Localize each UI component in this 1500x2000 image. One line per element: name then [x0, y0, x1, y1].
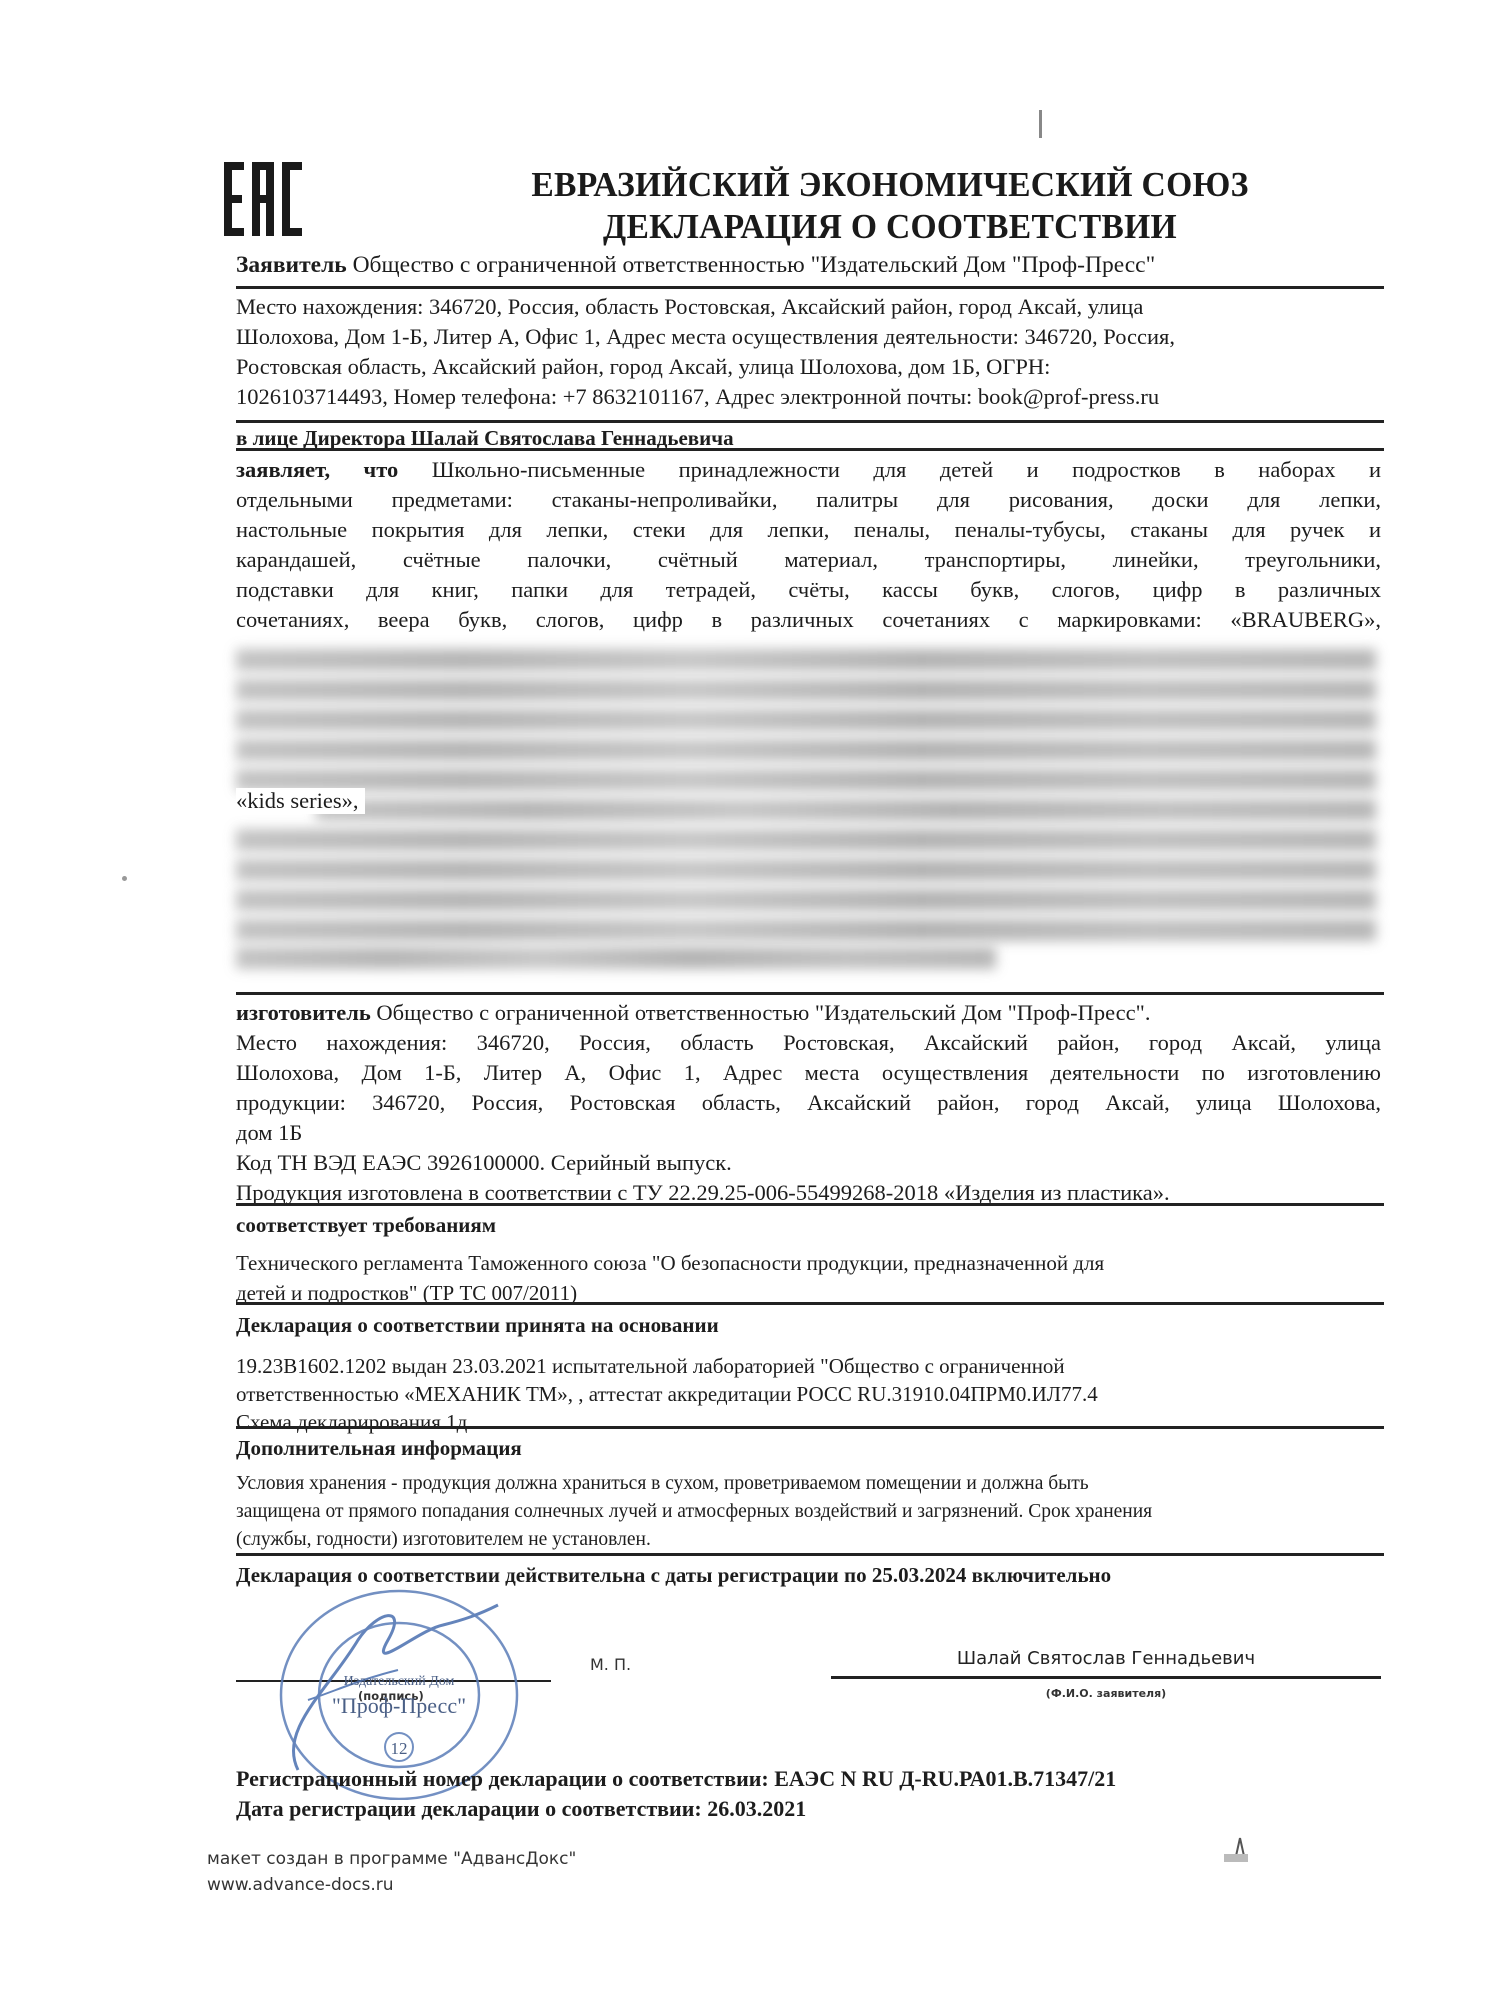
manufacturer-line: продукции: 346720, Россия, Ростовская об… [236, 1088, 1381, 1118]
title-union: ЕВРАЗИЙСКИЙ ЭКОНОМИЧЕСКИЙ СОЮЗ [362, 164, 1418, 206]
footer: макет создан в программе "АдвансДокс" ww… [207, 1846, 576, 1898]
svg-text:12: 12 [391, 1739, 408, 1758]
signatory-name-line [831, 1676, 1381, 1679]
eac-logo-icon [222, 158, 304, 240]
additional-line: Условия хранения - продукция должна хран… [236, 1470, 1381, 1498]
applicant-label: Заявитель [236, 252, 347, 278]
manufacturer-line: Место нахождения: 346720, Россия, област… [236, 1028, 1381, 1058]
declaration-line: сочетаниях, веера букв, слогов, цифр в р… [236, 605, 1381, 635]
requirements-line: Технического регламента Таможенного союз… [236, 1248, 1381, 1278]
divider [236, 1203, 1384, 1206]
applicant-line: Заявитель Общество с ограниченной ответс… [236, 250, 1381, 280]
scan-artifact-mark [1039, 110, 1042, 138]
footer-link[interactable]: www.advance-docs.ru [207, 1872, 576, 1898]
document-title: ЕВРАЗИЙСКИЙ ЭКОНОМИЧЕСКИЙ СОЮЗ ДЕКЛАРАЦИ… [340, 164, 1440, 248]
svg-text:Издательский Дом: Издательский Дом [344, 1674, 455, 1689]
applicant-address-line: 1026103714493, Номер телефона: +7 863210… [236, 382, 1381, 412]
applicant-address-line: Место нахождения: 346720, Россия, област… [236, 292, 1381, 322]
divider [236, 992, 1384, 995]
additional-line: защищена от прямого попадания солнечных … [236, 1498, 1381, 1526]
declaration-document: ЕВРАЗИЙСКИЙ ЭКОНОМИЧЕСКИЙ СОЮЗ ДЕКЛАРАЦИ… [0, 0, 1500, 2000]
basis-line: ответственностью «МЕХАНИК ТМ», , аттеста… [236, 1380, 1381, 1408]
basis-line: 19.23В1602.1202 выдан 23.03.2021 испытат… [236, 1352, 1381, 1380]
manufacturer-name: Общество с ограниченной ответственностью… [376, 1000, 1150, 1025]
basis-text: 19.23В1602.1202 выдан 23.03.2021 испытат… [236, 1352, 1381, 1436]
manufacturer-line: Шолохова, Дом 1-Б, Литер А, Офис 1, Адре… [236, 1058, 1381, 1088]
additional-title: Дополнительная информация [236, 1433, 1381, 1463]
applicant-address-line: Шолохова, Дом 1-Б, Литер А, Офис 1, Адре… [236, 322, 1381, 352]
title-declaration: ДЕКЛАРАЦИЯ О СООТВЕТСТВИИ [362, 206, 1418, 248]
declaration-line: карандашей, счётные палочки, счётный мат… [236, 545, 1381, 575]
applicant-address: Место нахождения: 346720, Россия, област… [236, 292, 1381, 412]
redacted-brand-list [236, 645, 1381, 975]
basis-title: Декларация о соответствии принята на осн… [236, 1310, 1381, 1340]
divider [236, 1302, 1384, 1305]
manufacturer-line: дом 1Б [236, 1118, 1381, 1148]
registration-date: Дата регистрации декларации о соответств… [236, 1794, 1381, 1824]
declaration-line: Школьно-письменные принадлежности для де… [432, 457, 1381, 482]
applicant-address-line: Ростовская область, Аксайский район, гор… [236, 352, 1381, 382]
declares-label: заявляет, что [236, 457, 398, 482]
scan-artifact-dot [122, 876, 127, 881]
manufacturer-section: изготовитель Общество с ограниченной отв… [236, 998, 1381, 1208]
declaration-line: отдельными предметами: стаканы-непролива… [236, 485, 1381, 515]
divider [236, 1553, 1384, 1556]
svg-text:"Проф-Пресс": "Проф-Пресс" [332, 1693, 466, 1718]
advancedocs-logo-icon [1222, 1836, 1252, 1868]
basis-line: Схема декларирования 1д [236, 1408, 1381, 1436]
divider [236, 1426, 1384, 1429]
additional-text: Условия хранения - продукция должна хран… [236, 1470, 1381, 1554]
manufacturer-label: изготовитель [236, 1000, 371, 1025]
declaration-line: подставки для книг, папки для тетрадей, … [236, 575, 1381, 605]
requirements-text: Технического регламента Таможенного союз… [236, 1248, 1381, 1308]
additional-line: (службы, годности) изготовителем не уста… [236, 1526, 1381, 1554]
signatory-name: Шалай Святослав Геннадьевич [831, 1648, 1381, 1669]
footer-program-note: макет создан в программе "АдвансДокс" [207, 1846, 576, 1872]
declaration-statement: заявляет, что Школьно-письменные принадл… [236, 455, 1381, 635]
brand-kids-series: «kids series», [236, 788, 365, 814]
declaration-line: настольные покрытия для лепки, стеки для… [236, 515, 1381, 545]
requirements-title: соответствует требованиям [236, 1210, 1381, 1240]
divider [236, 286, 1384, 289]
applicant-name: Общество с ограниченной ответственностью… [353, 252, 1156, 278]
hs-code: Код ТН ВЭД ЕАЭС 3926100000. Серийный вып… [236, 1148, 1381, 1178]
seal-place-label: М. П. [590, 1655, 631, 1674]
signatory-name-caption: (Ф.И.О. заявителя) [831, 1687, 1381, 1700]
registration-number: Регистрационный номер декларации о соотв… [236, 1764, 1381, 1794]
divider [236, 448, 1384, 451]
